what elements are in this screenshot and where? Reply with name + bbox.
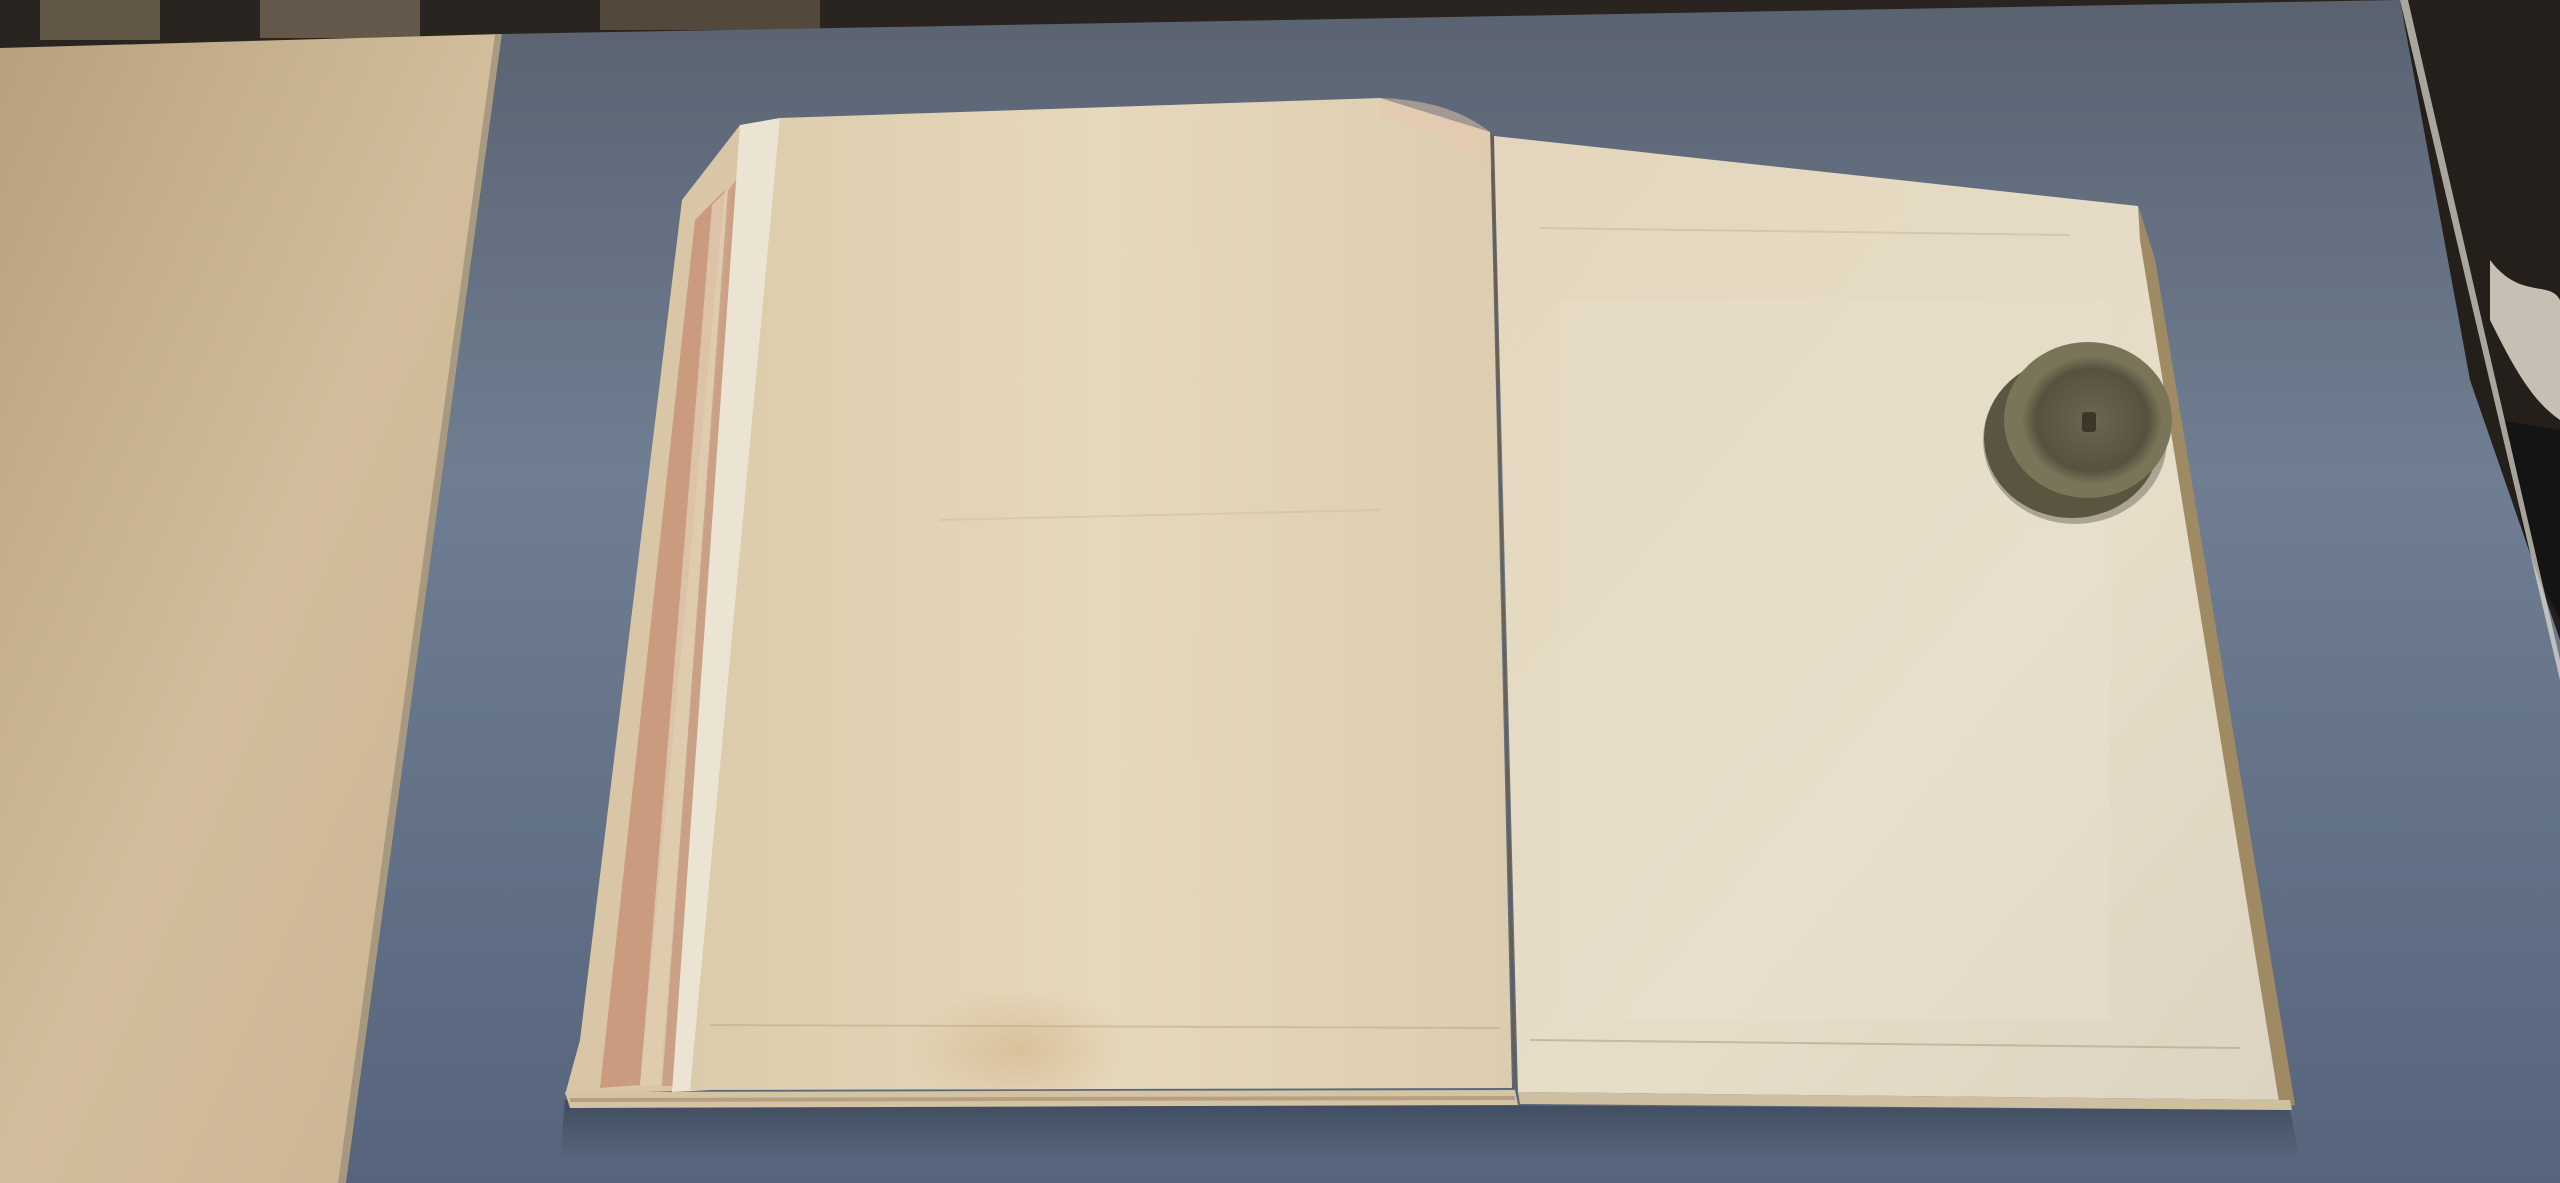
left-page bbox=[690, 98, 1512, 1090]
photo-scene: Open antique book with blank, aged pages… bbox=[0, 0, 2560, 1183]
photo-canvas bbox=[0, 0, 2560, 1183]
open-book bbox=[565, 98, 2295, 1110]
